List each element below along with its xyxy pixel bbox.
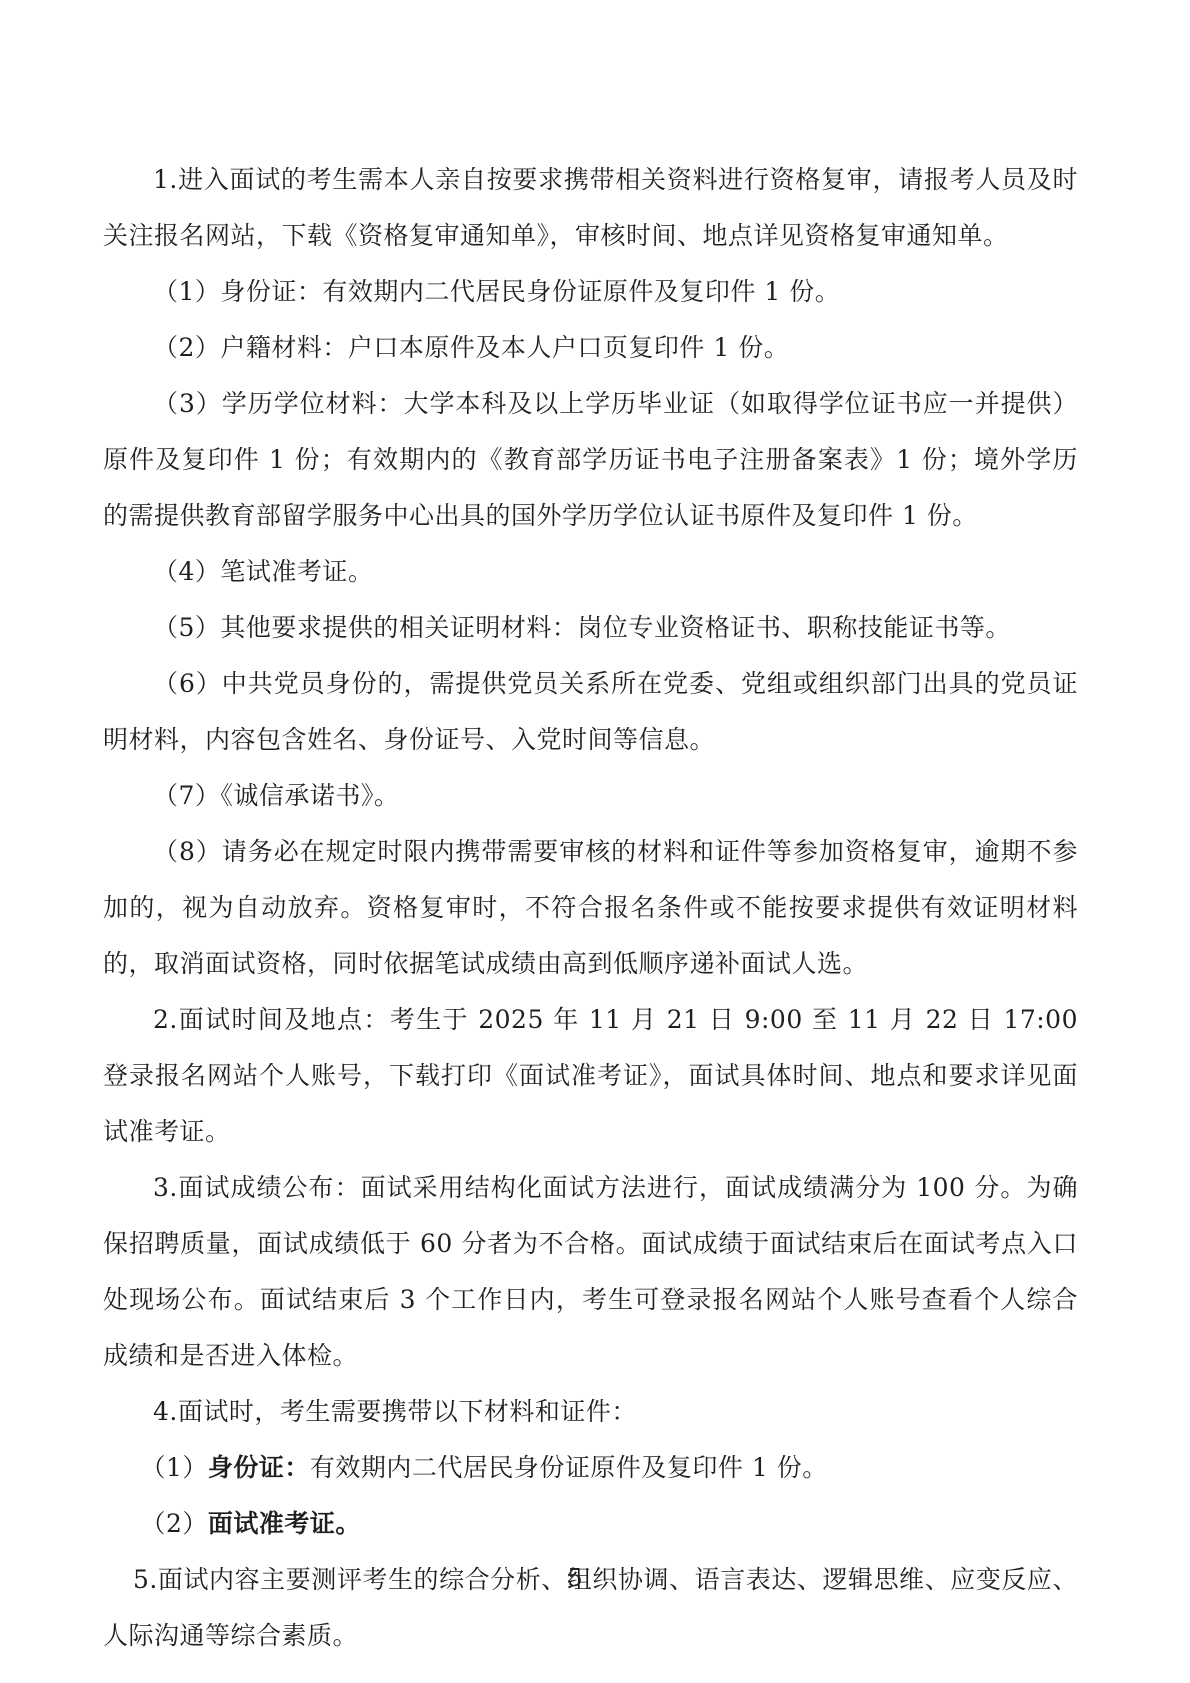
text-run: （8）请务必在规定时限内携带需要审核的材料和证件等参加资格复审，逾期不参加的，视… bbox=[103, 837, 1078, 978]
text-run: （6）中共党员身份的，需提供党员关系所在党委、党组或组织部门出具的党员证明材料，… bbox=[103, 669, 1078, 754]
paragraph: （3）学历学位材料：大学本科及以上学历毕业证（如取得学位证书应一并提供）原件及复… bbox=[103, 376, 1078, 544]
bold-text-run: 面试准考证。 bbox=[208, 1509, 361, 1538]
paragraph: （2）面试准考证。 bbox=[103, 1496, 1078, 1552]
text-run: 2.面试时间及地点：考生于 2025 年 11 月 21 日 9:00 至 11… bbox=[103, 1005, 1078, 1146]
paragraph: （7）《诚信承诺书》。 bbox=[103, 768, 1078, 824]
paragraph: （2）户籍材料：户口本原件及本人户口页复印件 1 份。 bbox=[103, 320, 1078, 376]
paragraph: （1）身份证：有效期内二代居民身份证原件及复印件 1 份。 bbox=[103, 1440, 1078, 1496]
paragraph: （5）其他要求提供的相关证明材料：岗位专业资格证书、职称技能证书等。 bbox=[103, 600, 1078, 656]
paragraph: （6）中共党员身份的，需提供党员关系所在党委、党组或组织部门出具的党员证明材料，… bbox=[103, 656, 1078, 768]
text-run: 4.面试时，考生需要携带以下材料和证件： bbox=[153, 1397, 637, 1426]
text-run: 有效期内二代居民身份证原件及复印件 1 份。 bbox=[310, 1453, 828, 1482]
page-footer: 5 bbox=[0, 1563, 1150, 1593]
paragraph: 2.面试时间及地点：考生于 2025 年 11 月 21 日 9:00 至 11… bbox=[103, 992, 1078, 1160]
paragraph: 1.进入面试的考生需本人亲自按要求携带相关资料进行资格复审，请报考人员及时关注报… bbox=[103, 152, 1078, 264]
document-body: 1.进入面试的考生需本人亲自按要求携带相关资料进行资格复审，请报考人员及时关注报… bbox=[103, 152, 1078, 1664]
page-number: 5 bbox=[567, 1564, 582, 1592]
text-run: （2） bbox=[141, 1509, 208, 1538]
text-run: 1.进入面试的考生需本人亲自按要求携带相关资料进行资格复审，请报考人员及时关注报… bbox=[103, 165, 1078, 250]
text-run: （7）《诚信承诺书》。 bbox=[153, 781, 399, 810]
document-page: 1.进入面试的考生需本人亲自按要求携带相关资料进行资格复审，请报考人员及时关注报… bbox=[0, 0, 1190, 1683]
text-run: （3）学历学位材料：大学本科及以上学历毕业证（如取得学位证书应一并提供）原件及复… bbox=[103, 389, 1078, 530]
paragraph: 3.面试成绩公布：面试采用结构化面试方法进行，面试成绩满分为 100 分。为确保… bbox=[103, 1160, 1078, 1384]
bold-text-run: 身份证： bbox=[208, 1453, 310, 1482]
paragraph: （8）请务必在规定时限内携带需要审核的材料和证件等参加资格复审，逾期不参加的，视… bbox=[103, 824, 1078, 992]
paragraph: 4.面试时，考生需要携带以下材料和证件： bbox=[103, 1384, 1078, 1440]
text-run: （1） bbox=[141, 1453, 208, 1482]
text-run: 3.面试成绩公布：面试采用结构化面试方法进行，面试成绩满分为 100 分。为确保… bbox=[103, 1173, 1078, 1370]
text-run: （2）户籍材料：户口本原件及本人户口页复印件 1 份。 bbox=[153, 333, 789, 362]
text-run: （5）其他要求提供的相关证明材料：岗位专业资格证书、职称技能证书等。 bbox=[153, 613, 1011, 642]
paragraph: （1）身份证：有效期内二代居民身份证原件及复印件 1 份。 bbox=[103, 264, 1078, 320]
paragraph: （4）笔试准考证。 bbox=[103, 544, 1078, 600]
text-run: （4）笔试准考证。 bbox=[153, 557, 373, 586]
text-run: （1）身份证：有效期内二代居民身份证原件及复印件 1 份。 bbox=[153, 277, 840, 306]
